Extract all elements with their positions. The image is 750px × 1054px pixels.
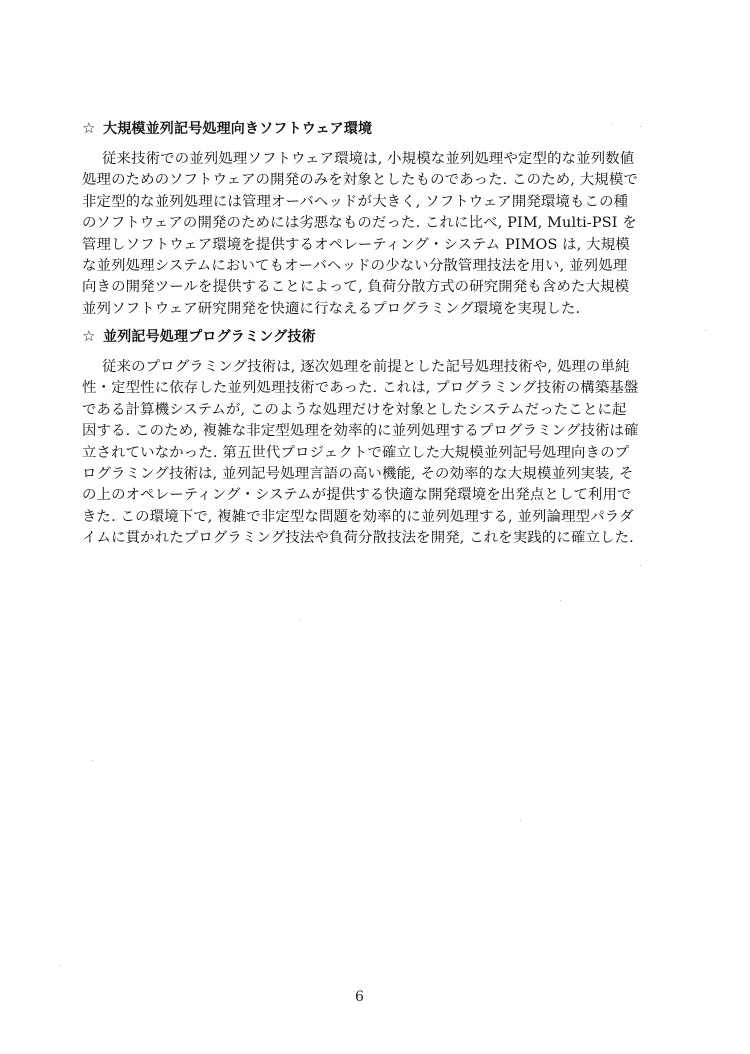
scan-speck	[92, 760, 93, 761]
text-line: 性・定型性に依存した並列処理技術であった. これは, プログラミング技術の構築基…	[82, 378, 722, 399]
section-software-environment: ☆ 大規模並列記号処理向きソフトウェア環境 従来技術での並列処理ソフトウェア環境…	[82, 117, 722, 320]
text-line: 因する. このため, 複雑な非定型処理を効率的に並列処理するプログラミング技術は…	[82, 421, 722, 442]
scan-speck	[640, 126, 641, 127]
text-line: 並列ソフトウェア研究開発を快適に行なえるプログラミング環境を実現した.	[82, 299, 722, 320]
text-line: 従来技術での並列処理ソフトウェア環境は, 小規模な並列処理や定型的な並列数値	[82, 149, 722, 170]
section-title: 並列記号処理プログラミング技術	[103, 326, 316, 346]
star-icon: ☆	[82, 327, 96, 345]
scan-speck	[640, 565, 641, 566]
star-icon: ☆	[82, 119, 96, 137]
section-heading: ☆ 大規模並列記号処理向きソフトウェア環境	[82, 117, 722, 139]
text-line: のソフトウェアの開発のためには劣悪なものだった. これに比べ, PIM, Mul…	[82, 213, 722, 234]
scan-speck	[300, 620, 301, 621]
document-page: ☆ 大規模並列記号処理向きソフトウェア環境 従来技術での並列処理ソフトウェア環境…	[0, 0, 750, 1054]
section-title: 大規模並列記号処理向きソフトウェア環境	[103, 118, 372, 138]
page-number: 6	[355, 989, 364, 1005]
text-line: である計算機システムが, このような処理だけを対象としたシステムだったことに起	[82, 400, 722, 421]
text-line: な並列処理システムにおいてもオーバヘッドの少ない分散管理技法を用い, 並列処理	[82, 256, 722, 277]
text-line: イムに貫かれたプログラミング技法や負荷分散技法を開発, これを実践的に確立した.	[82, 528, 722, 549]
scan-speck	[520, 820, 521, 821]
paragraph: 従来技術での並列処理ソフトウェア環境は, 小規模な並列処理や定型的な並列数値 処…	[82, 149, 722, 320]
text-line: の上のオペレーティング・システムが提供する快適な開発環境を出発点として利用で	[82, 485, 722, 506]
scan-speck	[705, 330, 706, 331]
text-line: 立されていなかった. 第五世代プロジェクトで確立した大規模並列記号処理向きのプ	[82, 443, 722, 464]
scan-speck	[560, 600, 561, 601]
text-line: 処理のためのソフトウェアの開発のみを対象としたものであった. このため, 大規模…	[82, 170, 722, 191]
text-line: 向きの開発ツールを提供することによって, 負荷分散方式の研究開発も含めた大規模	[82, 277, 722, 298]
scan-speck	[60, 965, 61, 966]
text-line: ログラミング技術は, 並列記号処理言語の高い機能, その効率的な大規模並列実装,…	[82, 464, 722, 485]
text-line: 非定型的な並列処理には管理オーバヘッドが大きく, ソフトウェア開発環境もこの種	[82, 192, 722, 213]
text-line: 従来のプログラミング技術は, 逐次処理を前提とした記号処理技術や, 処理の単純	[82, 357, 722, 378]
scan-speck	[612, 123, 613, 124]
section-programming-technology: ☆ 並列記号処理プログラミング技術 従来のプログラミング技術は, 逐次処理を前提…	[82, 325, 722, 550]
paragraph: 従来のプログラミング技術は, 逐次処理を前提とした記号処理技術や, 処理の単純 …	[82, 357, 722, 550]
section-heading: ☆ 並列記号処理プログラミング技術	[82, 325, 722, 347]
text-line: きた. この環境下で, 複雑で非定型な問題を効率的に並列処理する, 並列論理型パ…	[82, 507, 722, 528]
text-line: 管理しソフトウェア環境を提供するオペレーティング・システム PIMOS は, 大…	[82, 235, 722, 256]
